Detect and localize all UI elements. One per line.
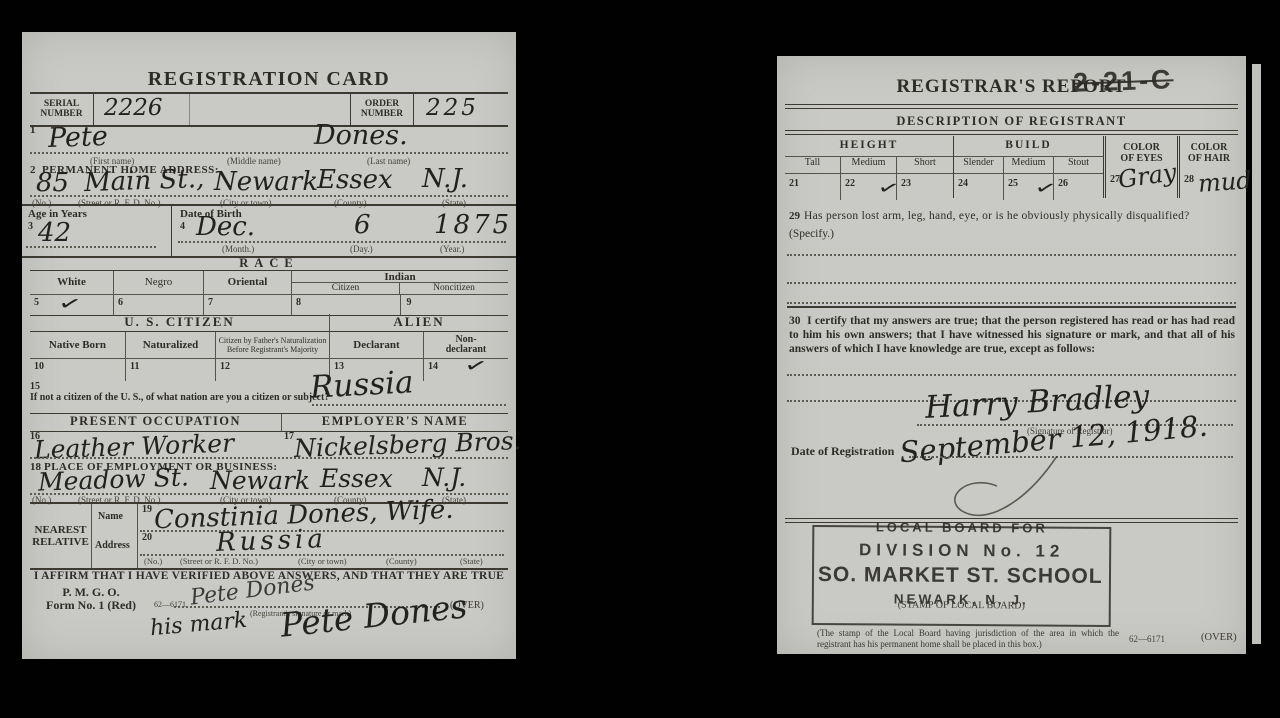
race-number-row: 5 ✓ 6 7 8 9 bbox=[30, 295, 508, 315]
employment-street-value: Meadow St. bbox=[38, 462, 190, 496]
height-header: HEIGHT bbox=[785, 136, 953, 156]
race-label-row: White Negro Oriental Indian Citizen Nonc… bbox=[30, 271, 508, 295]
height-number-row: 21 22 ✓ 23 bbox=[785, 174, 953, 200]
q29-dotted-3 bbox=[787, 302, 1236, 304]
relative-name-number: 19 bbox=[142, 504, 152, 515]
hair-group: COLOR OF HAIR 28 mud bbox=[1177, 136, 1238, 198]
stamp-line-school: SO. MARKET ST. SCHOOL bbox=[798, 563, 1123, 589]
q29-text: Has person lost arm, leg, hand, eye, or … bbox=[804, 210, 1190, 222]
stamp-caption: (STAMP OF LOCAL BOARD) bbox=[814, 599, 1109, 612]
description-header: DESCRIPTION OF REGISTRANT bbox=[777, 114, 1246, 129]
occupation-dotted-line bbox=[30, 457, 508, 459]
build-slender-number: 24 bbox=[958, 178, 968, 189]
relative-col-label-street: (Street or R. F. D. No.) bbox=[180, 556, 258, 566]
registrars-report-card: REGISTRAR'S REPORT 2-21-C DESCRIPTION OF… bbox=[777, 56, 1246, 654]
nearest-relative-label-line1: NEAREST bbox=[35, 524, 87, 536]
serial-label-line1: SERIAL bbox=[44, 99, 79, 109]
race-indian-group: Indian Citizen Noncitizen bbox=[292, 271, 508, 294]
age-number: 3 bbox=[28, 221, 33, 232]
dob-month-label: (Month.) bbox=[222, 244, 254, 254]
relative-address-number: 20 bbox=[142, 532, 152, 543]
relative-name-label: Name bbox=[98, 511, 123, 522]
race-negro-number: 6 bbox=[118, 297, 123, 308]
race-indian-cells: 8 9 bbox=[292, 295, 508, 315]
race-oriental-label: Oriental bbox=[204, 271, 292, 294]
height-medium-cell: 22 ✓ bbox=[841, 174, 897, 200]
father-naturalization-label: Citizen by Father's Naturalization Befor… bbox=[216, 332, 330, 358]
father-label-line1: Citizen by Father's Naturalization bbox=[219, 336, 327, 345]
relative-col-label-county: (County) bbox=[386, 556, 417, 566]
hair-header-line2: OF HAIR bbox=[1188, 153, 1230, 164]
board-code-stamp: 2-21-C bbox=[1072, 64, 1174, 98]
relative-content: 19 Constinia Dones, Wife. 20 Russia (No.… bbox=[138, 504, 508, 568]
double-rule-1 bbox=[785, 104, 1238, 109]
q29-dotted-1 bbox=[787, 254, 1236, 256]
employment-county-value: Essex bbox=[320, 464, 393, 493]
question-30: 30 I certify that my answers are true; t… bbox=[789, 314, 1235, 356]
nondeclarant-checkmark: ✓ bbox=[462, 353, 489, 379]
order-label-line1: ORDER bbox=[365, 99, 399, 109]
dob-year-value: 1875 bbox=[434, 210, 512, 240]
race-indian-citizen-label: Citizen bbox=[292, 283, 400, 294]
order-number-value: 225 bbox=[414, 94, 508, 125]
employment-state-value: N.J. bbox=[422, 463, 466, 492]
order-label-line2: NUMBER bbox=[361, 109, 403, 119]
nondeclarant-number: 14 bbox=[428, 361, 438, 372]
registration-card-title: REGISTRATION CARD bbox=[22, 68, 516, 91]
race-header: RACE bbox=[22, 256, 516, 271]
name-dotted-line bbox=[30, 152, 508, 154]
q30-text: I certify that my answers are true; that… bbox=[789, 315, 1235, 355]
relative-address-value: Russia bbox=[216, 524, 328, 558]
his-mark-note: his mark bbox=[149, 608, 248, 641]
height-tall-cell: 21 bbox=[785, 174, 841, 200]
serial-number-label: SERIAL NUMBER bbox=[30, 94, 94, 125]
race-white-label: White bbox=[30, 271, 114, 294]
race-white-cell: 5 ✓ bbox=[30, 295, 114, 315]
relative-address-label: Address bbox=[95, 540, 130, 551]
form-id-line1: P. M. G. O. bbox=[62, 585, 119, 599]
address-dotted-line bbox=[30, 195, 508, 197]
registration-card: REGISTRATION CARD SERIAL NUMBER 2226 ORD… bbox=[22, 32, 516, 659]
hair-number: 28 bbox=[1184, 174, 1194, 185]
employment-city-value: Newark bbox=[210, 466, 310, 495]
pen-flourish bbox=[907, 456, 1127, 526]
height-short-number: 23 bbox=[901, 178, 911, 189]
registrars-report-title: REGISTRAR'S REPORT bbox=[777, 76, 1246, 98]
description-table: HEIGHT Tall Medium Short 21 22 ✓ 23 BUIL… bbox=[785, 136, 1238, 198]
race-indian-divider bbox=[400, 295, 401, 315]
build-medium-label: Medium bbox=[1004, 157, 1054, 173]
question-29: 29 Has person lost arm, leg, hand, eye, … bbox=[789, 206, 1229, 242]
build-medium-cell: 25 ✓ bbox=[1004, 174, 1054, 200]
nondeclarant-cell: 14 ✓ bbox=[424, 359, 508, 381]
height-subrow: Tall Medium Short bbox=[785, 156, 953, 174]
relative-col-label-no: (No.) bbox=[144, 556, 162, 566]
race-oriental-number: 7 bbox=[208, 297, 213, 308]
name-line-number: 1 bbox=[30, 124, 36, 136]
q29-specify: (Specify.) bbox=[789, 228, 834, 240]
line15-question: If not a citizen of the U. S., of what n… bbox=[30, 392, 329, 403]
height-tall-label: Tall bbox=[785, 157, 841, 173]
citizenship-table: Native Born Naturalized Citizen by Fathe… bbox=[30, 331, 508, 380]
relative-col-label-city: (City or town) bbox=[298, 556, 347, 566]
build-medium-number: 25 bbox=[1008, 178, 1018, 189]
citizen-alien-header-row: U. S. CITIZEN ALIEN bbox=[30, 314, 508, 331]
naturalized-label: Naturalized bbox=[126, 332, 216, 358]
dob-day-value: 6 bbox=[354, 210, 371, 240]
line15-number: 15 bbox=[30, 381, 40, 392]
form-id-line2: Form No. 1 (Red) bbox=[46, 598, 136, 612]
registration-date-label: Date of Registration bbox=[791, 444, 894, 459]
age-cell: Age in Years 3 42 bbox=[22, 206, 172, 256]
eyes-group: COLOR OF EYES 27 Gray bbox=[1103, 136, 1177, 198]
race-indian-citizen-number: 8 bbox=[296, 297, 301, 308]
double-rule-2 bbox=[785, 130, 1238, 135]
address-no-value: 85 bbox=[36, 168, 69, 198]
naturalized-number: 11 bbox=[130, 361, 139, 372]
citizenship-number-row: 10 11 12 13 14 ✓ bbox=[30, 359, 508, 381]
age-value: 42 bbox=[38, 218, 71, 248]
employer-number: 17 bbox=[284, 431, 294, 442]
q29-dotted-2 bbox=[787, 282, 1236, 284]
nearest-relative-label-line2: RELATIVE bbox=[32, 536, 89, 548]
hair-value: mud bbox=[1197, 166, 1252, 198]
race-indian-subrow: Citizen Noncitizen bbox=[292, 283, 508, 294]
height-group: HEIGHT Tall Medium Short 21 22 ✓ 23 bbox=[785, 136, 953, 198]
declarant-label: Declarant bbox=[330, 332, 424, 358]
q30-dotted-1 bbox=[787, 374, 1236, 376]
build-stout-cell: 26 bbox=[1054, 174, 1103, 200]
nearest-relative-block: NEAREST RELATIVE Name Address 19 Constin… bbox=[30, 502, 508, 570]
dob-year-label: (Year.) bbox=[440, 244, 464, 254]
citizenship-label-row: Native Born Naturalized Citizen by Fathe… bbox=[30, 332, 508, 359]
hair-header: COLOR OF HAIR bbox=[1180, 136, 1238, 169]
race-indian-noncitizen-number: 9 bbox=[406, 297, 411, 308]
address-street-value: Main St., bbox=[84, 164, 205, 198]
dob-number: 4 bbox=[180, 221, 185, 232]
stamp-instruction-note: (The stamp of the Local Board having jur… bbox=[817, 628, 1119, 649]
father-naturalization-number: 12 bbox=[220, 361, 230, 372]
hair-header-line1: COLOR bbox=[1191, 142, 1228, 153]
native-born-label: Native Born bbox=[30, 332, 126, 358]
build-header: BUILD bbox=[954, 136, 1103, 156]
address-state-value: N.J. bbox=[422, 164, 468, 194]
height-medium-label: Medium bbox=[841, 157, 897, 173]
eyes-header-line1: COLOR bbox=[1123, 142, 1160, 153]
race-indian-label: Indian bbox=[292, 271, 508, 283]
occupation-employer-row: 16 Leather Worker 17 Nickelsberg Bros. bbox=[22, 430, 516, 461]
build-stout-label: Stout bbox=[1054, 157, 1103, 173]
race-table: White Negro Oriental Indian Citizen Nonc… bbox=[30, 270, 508, 316]
adjacent-card-edge bbox=[1252, 64, 1261, 644]
address-city-value: Newark bbox=[214, 167, 318, 197]
build-stout-number: 26 bbox=[1058, 178, 1068, 189]
over-label-right: (OVER) bbox=[1201, 632, 1237, 643]
q29-number: 29 bbox=[789, 210, 800, 222]
race-negro-cell: 6 bbox=[114, 295, 204, 315]
line15-nation-value: Russia bbox=[309, 364, 414, 405]
form-code-right: 62—6171 bbox=[1129, 634, 1165, 644]
address-number: 2 bbox=[30, 164, 36, 176]
height-tall-number: 21 bbox=[789, 178, 799, 189]
dob-cell: Date of Birth 4 Dec. 6 1875 (Month.) (Da… bbox=[172, 206, 516, 256]
stamp-line-local-board: LOCAL BOARD FOR bbox=[814, 519, 1109, 536]
form-identifier: P. M. G. O. Form No. 1 (Red) bbox=[36, 586, 146, 612]
local-board-stamp-box: LOCAL BOARD FOR DIVISION No. 12 SO. MARK… bbox=[812, 525, 1112, 627]
build-subrow: Slender Medium Stout bbox=[954, 156, 1103, 174]
dob-dotted-line bbox=[178, 241, 506, 243]
home-address-section: 2 PERMANENT HOME ADDRESS: 85 Main St., N… bbox=[22, 164, 516, 202]
race-indian-noncitizen-label: Noncitizen bbox=[400, 283, 508, 294]
build-number-row: 24 25 ✓ 26 bbox=[954, 174, 1103, 200]
build-slender-label: Slender bbox=[954, 157, 1004, 173]
build-group: BUILD Slender Medium Stout 24 25 ✓ 26 bbox=[953, 136, 1103, 198]
relative-sublabels: Name Address bbox=[92, 504, 138, 568]
last-name-value: Dones. bbox=[314, 120, 408, 151]
line15-dotted-line bbox=[312, 404, 506, 406]
nearest-relative-label: NEAREST RELATIVE bbox=[30, 504, 92, 568]
serial-number-value: 2226 bbox=[94, 94, 190, 125]
name-line: 1 Pete Dones. (First name) (Middle name)… bbox=[22, 124, 516, 164]
first-name-value: Pete bbox=[47, 121, 108, 154]
relative-col-label-state: (State) bbox=[460, 556, 483, 566]
serial-label-line2: NUMBER bbox=[40, 109, 82, 119]
present-occupation-header: PRESENT OCCUPATION bbox=[30, 414, 282, 431]
height-short-cell: 23 bbox=[897, 174, 953, 200]
race-oriental-cell: 7 bbox=[204, 295, 292, 315]
race-negro-label: Negro bbox=[114, 271, 204, 294]
occupation-value: Leather Worker bbox=[34, 429, 235, 465]
native-born-cell: 10 bbox=[30, 359, 126, 381]
naturalized-cell: 11 bbox=[126, 359, 216, 381]
line15-section: 15 If not a citizen of the U. S., of wha… bbox=[22, 381, 516, 411]
father-label-line2: Before Registrant's Majority bbox=[227, 345, 318, 354]
age-dotted-line bbox=[26, 246, 156, 248]
age-dob-row: Age in Years 3 42 Date of Birth 4 Dec. 6… bbox=[22, 204, 516, 258]
build-slender-cell: 24 bbox=[954, 174, 1004, 200]
height-short-label: Short bbox=[897, 157, 953, 173]
native-born-number: 10 bbox=[34, 361, 44, 372]
height-medium-number: 22 bbox=[845, 178, 855, 189]
q30-number: 30 bbox=[789, 315, 801, 327]
stamp-line-division: DIVISION No. 12 bbox=[814, 540, 1109, 562]
q29-solid-rule bbox=[787, 306, 1236, 308]
dob-day-label: (Day.) bbox=[350, 244, 373, 254]
dob-month-value: Dec. bbox=[196, 212, 255, 242]
alien-header: ALIEN bbox=[330, 314, 508, 331]
us-citizen-header: U. S. CITIZEN bbox=[30, 314, 330, 331]
address-county-value: Essex bbox=[317, 165, 393, 195]
race-white-number: 5 bbox=[34, 297, 39, 308]
